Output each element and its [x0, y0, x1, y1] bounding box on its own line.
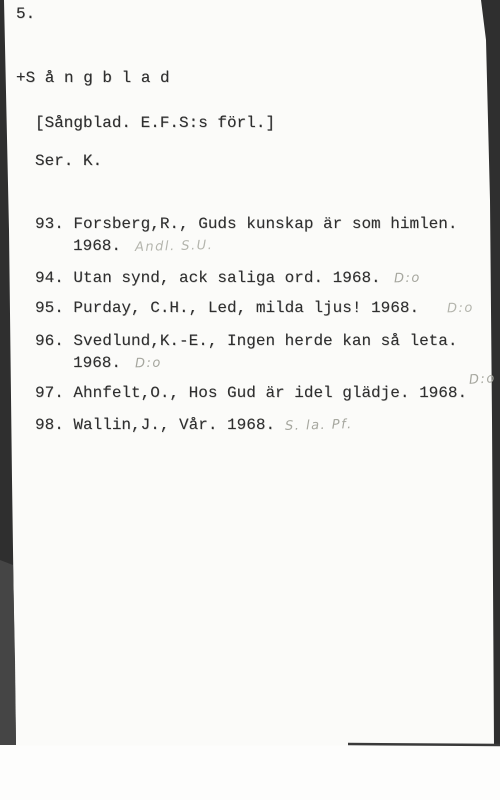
page-number: 5.: [16, 3, 35, 25]
bottom-edge-line: [348, 744, 500, 745]
pencil-annotation: Andl. S.U.: [134, 235, 213, 259]
entry-number: 98.: [35, 416, 73, 434]
entry-text: Purday, C.H., Led, milda ljus! 1968.: [73, 299, 428, 317]
publisher-note: [Sångblad. E.F.S:s förl.]: [35, 112, 275, 134]
entry-94: 94. Utan synd, ack saliga ord. 1968. D:o: [35, 267, 500, 290]
entry-98: 98. Wallin,J., Vår. 1968. S. la. Pf.: [35, 414, 500, 437]
entry-93: 93. Forsberg,R., Guds kunskap är som him…: [35, 213, 500, 258]
entry-number: 97.: [35, 384, 73, 402]
entry-text: Utan synd, ack saliga ord. 1968.: [73, 269, 390, 287]
left-edge-shadow: [0, 0, 16, 745]
entry-number: 94.: [35, 269, 73, 287]
entry-96: 96. Svedlund,K.-E., Ingen herde kan så l…: [35, 330, 500, 375]
entry-number: 93.: [35, 215, 73, 233]
entry-number: 95.: [35, 299, 73, 317]
left-edge-shadow-step: [0, 560, 16, 745]
entry-97: 97. Ahnfelt,O., Hos Gud är idel glädje. …: [35, 382, 500, 405]
entry-text: Wallin,J., Vår. 1968.: [73, 416, 284, 434]
scanned-catalog-card: 5. +S å n g b l a d [Sångblad. E.F.S:s f…: [0, 0, 500, 800]
pencil-annotation: S. la. Pf.: [284, 414, 352, 438]
entry-number: 96.: [35, 332, 73, 350]
pencil-annotation: D:o: [394, 268, 421, 291]
entry-text: Forsberg,R., Guds kunskap är som himlen.…: [73, 215, 457, 255]
entry-text: Svedlund,K.-E., Ingen herde kan så leta.…: [73, 332, 457, 372]
card-heading: +S å n g b l a d: [16, 67, 170, 89]
entry-text: Ahnfelt,O., Hos Gud är idel glädje. 1968…: [73, 384, 467, 402]
pencil-annotation: D:o: [446, 298, 473, 321]
series-label: Ser. K.: [35, 150, 102, 172]
pencil-annotation: D:o: [134, 353, 161, 376]
pencil-annotation: D:o: [468, 368, 496, 392]
entry-95: 95. Purday, C.H., Led, milda ljus! 1968.…: [35, 297, 500, 320]
